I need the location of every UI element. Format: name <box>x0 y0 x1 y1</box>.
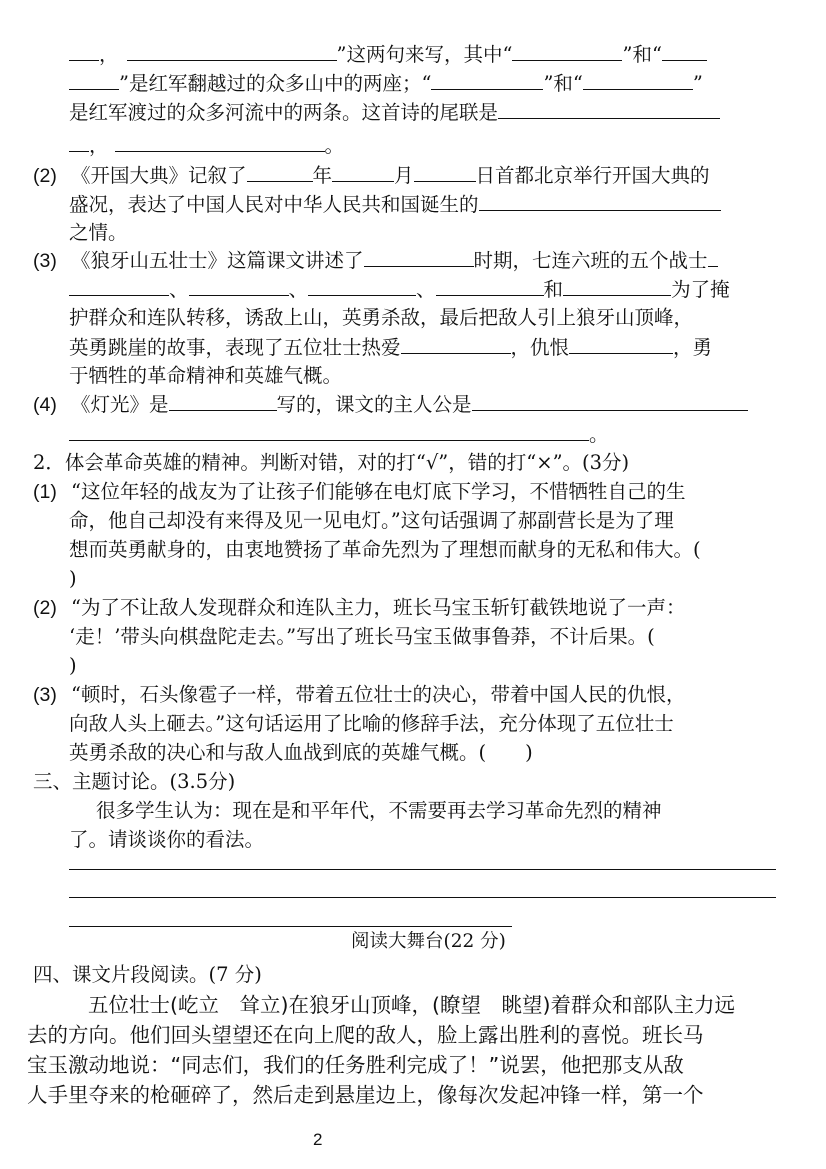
judge-item-3: (3)“顿时，石头像雹子一样，带着五位壮士的决心，带着中国人民的仇恨， <box>33 681 685 709</box>
question-2-line-3: 之情。 <box>69 219 128 247</box>
section-3-title: 三、主题讨论。(3.5分) <box>33 768 235 796</box>
soldier-blank[interactable] <box>563 275 671 296</box>
judge-item-2-line: ‘走！’带头向棋盘陀走去。”写出了班长马宝玉做事鲁莽，不计后果。( <box>69 623 655 651</box>
blank[interactable] <box>69 420 589 441</box>
judge-item-1-line: 想而英勇献身的，由衷地赞扬了革命先烈为了理想而献身的无私和伟大。( <box>69 536 701 564</box>
blank[interactable] <box>708 246 718 267</box>
blank[interactable] <box>498 98 720 119</box>
answer-line[interactable] <box>69 896 776 898</box>
soldier-blank[interactable] <box>436 275 544 296</box>
passage-line: 人手里夺来的枪砸碎了，然后走到悬崖边上，像每次发起冲锋一样，第一个 <box>27 1081 704 1109</box>
question-4-line-2: 。 <box>69 420 609 449</box>
question-3-line-4: 英勇跳崖的故事，表现了五位壮士热爱，仇恨，勇 <box>69 333 712 362</box>
judge-item-3-line: 向敌人头上砸去。”这句话运用了比喻的修辞手法，充分体现了五位壮士 <box>69 710 674 738</box>
blank[interactable] <box>662 40 707 61</box>
judge-answer-paren[interactable]: ) <box>69 565 77 593</box>
protagonist-blank[interactable] <box>472 390 748 411</box>
blank[interactable] <box>69 131 89 152</box>
judge-item-1: (1)“这位年轻的战友为了让孩子们能够在电灯底下学习，不惜牺牲自己的生 <box>33 478 685 506</box>
discussion-prompt: 很多学生认为：现在是和平年代，不需要再去学习革命先烈的精神 <box>96 797 662 825</box>
question-2-line-2: 盛况，表达了中国人民对中华人民共和国诞生的 <box>69 190 721 219</box>
love-blank[interactable] <box>401 333 511 354</box>
judge-item-1-line: 命，他自己却没有来得及见一见电灯。”这句话强调了郝副营长是为了理 <box>69 507 674 535</box>
passage-line: 去的方向。他们回头望望还在向上爬的敌人，脸上露出胜利的喜悦。班长马 <box>27 1021 704 1049</box>
passage-line: 五位壮士(屹立 耸立)在狼牙山顶峰，(瞭望 眺望)着群众和部队主力远 <box>58 991 735 1019</box>
fill-line-3: 是红军渡过的众多河流中的两条。这首诗的尾联是 <box>69 98 720 127</box>
fill-line-1: ，”这两句来写，其中“”和“ <box>69 40 707 69</box>
fill-line-4: ，。 <box>69 131 344 160</box>
blank[interactable] <box>431 69 543 90</box>
judge-answer-paren[interactable]: ) <box>69 652 77 680</box>
question-4: (4)《灯光》是写的，课文的主人公是 <box>33 390 748 419</box>
passage-line: 宝玉激动地说：“同志们，我们的任务胜利完成了！”说罢，他把那支从敌 <box>27 1051 684 1079</box>
judge-item-3-line[interactable]: 英勇杀敌的决心和与敌人血战到底的英雄气概。( ) <box>69 739 533 767</box>
blank[interactable] <box>479 190 721 211</box>
period-blank[interactable] <box>364 246 474 267</box>
blank[interactable] <box>69 40 99 61</box>
fill-line-2: ”是红军翻越过的众多山中的两座；“”和“” <box>69 69 703 98</box>
judge-item-2: (2)“为了不让敌人发现群众和连队主力，班长马宝玉斩钉截铁地说了一声： <box>33 594 685 622</box>
soldier-blank[interactable] <box>69 275 169 296</box>
blank[interactable] <box>115 131 325 152</box>
author-blank[interactable] <box>169 390 277 411</box>
section-4-title: 四、课文片段阅读。(7 分) <box>33 961 262 989</box>
page-number: 2 <box>313 1130 322 1150</box>
question-2: (2)《开国大典》记叙了年月日首都北京举行开国大典的 <box>33 161 710 190</box>
year-blank[interactable] <box>247 161 313 182</box>
question-3-line-5: 于牺牲的革命精神和英雄气概。 <box>69 362 342 390</box>
blank[interactable] <box>69 69 119 90</box>
question-3-line-2: 、、、和为了掩 <box>69 275 730 304</box>
blank[interactable] <box>127 40 337 61</box>
answer-line[interactable] <box>69 925 512 927</box>
soldier-blank[interactable] <box>308 275 416 296</box>
soldier-blank[interactable] <box>189 275 289 296</box>
section-2-title: 2．体会革命英雄的精神。判断对错，对的打“√”，错的打“×”。(3分) <box>33 449 629 477</box>
reading-section-header: 阅读大舞台(22 分) <box>351 928 506 956</box>
hate-blank[interactable] <box>569 333 673 354</box>
month-blank[interactable] <box>332 161 394 182</box>
day-blank[interactable] <box>414 161 476 182</box>
discussion-prompt-cont: 了。请谈谈你的看法。 <box>69 826 264 854</box>
question-3-line-3: 护群众和连队转移，诱敌上山，英勇杀敌，最后把敌人引上狼牙山顶峰， <box>69 304 693 332</box>
question-3: (3)《狼牙山五壮士》这篇课文讲述了时期，七连六班的五个战士 <box>33 246 718 275</box>
blank[interactable] <box>583 69 693 90</box>
answer-line[interactable] <box>69 868 776 870</box>
blank[interactable] <box>512 40 622 61</box>
